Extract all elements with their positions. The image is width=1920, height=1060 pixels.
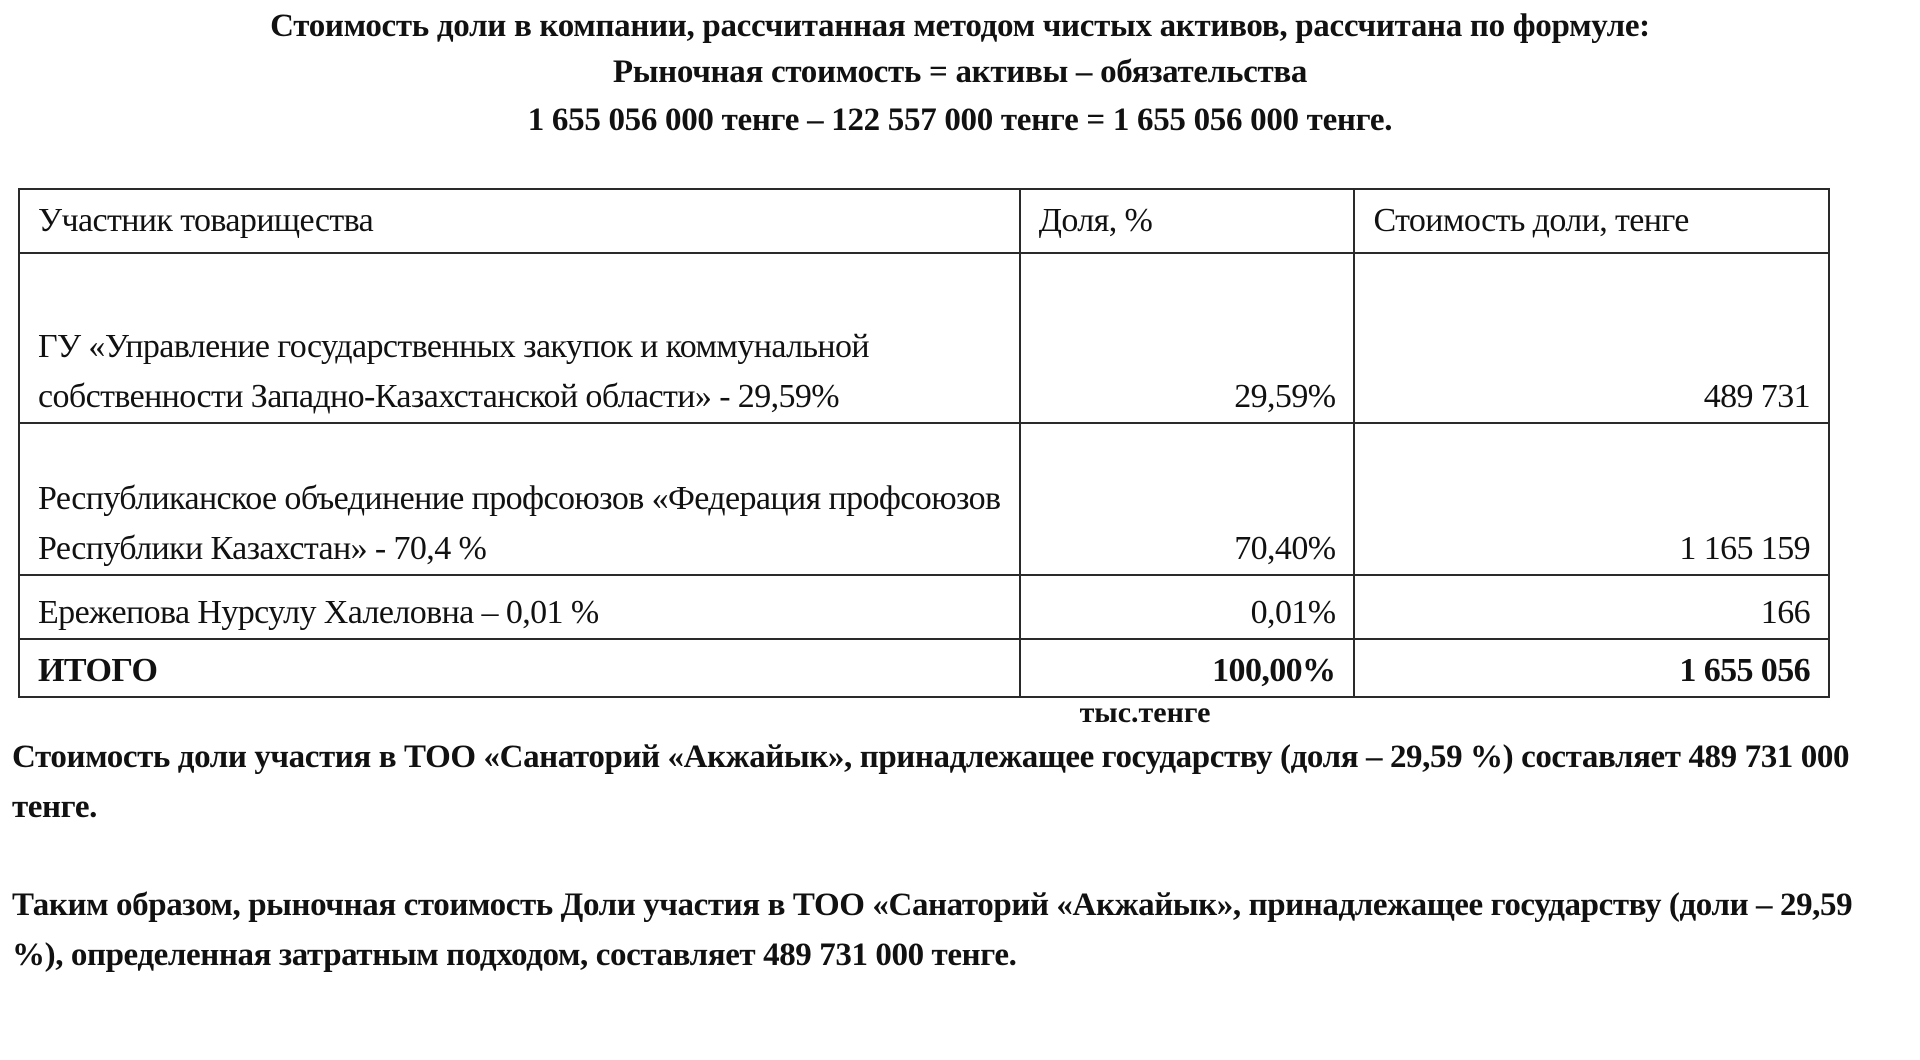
paragraph-state-share-value: Стоимость доли участия в ТОО «Санаторий … <box>12 732 1902 832</box>
table-header-row: Участник товарищества Доля, % Стоимость … <box>19 189 1829 253</box>
table-row: Ережепова Нурсулу Халеловна – 0,01 % 0,0… <box>19 575 1829 639</box>
table-row: ГУ «Управление государственных закупок и… <box>19 253 1829 423</box>
heading-calculation: 1 655 056 000 тенге – 122 557 000 тенге … <box>0 100 1920 140</box>
share-value: 489 731 <box>1354 253 1829 423</box>
header-participant: Участник товарищества <box>19 189 1020 253</box>
paragraph-conclusion: Таким образом, рыночная стоимость Доли у… <box>12 880 1902 980</box>
share-pct: 0,01% <box>1020 575 1355 639</box>
table-unit-note: тыс.тенге <box>1040 696 1250 730</box>
share-value-table: Участник товарищества Доля, % Стоимость … <box>18 188 1830 698</box>
share-value: 166 <box>1354 575 1829 639</box>
table-total-row: ИТОГО 100,00% 1 655 056 <box>19 639 1829 697</box>
header-share-pct: Доля, % <box>1020 189 1355 253</box>
heading-formula-intro: Стоимость доли в компании, рассчитанная … <box>0 6 1920 46</box>
share-pct: 70,40% <box>1020 423 1355 575</box>
participant-name: Ережепова Нурсулу Халеловна – 0,01 % <box>19 575 1020 639</box>
participant-name: ГУ «Управление государственных закупок и… <box>19 253 1020 423</box>
share-pct: 29,59% <box>1020 253 1355 423</box>
share-value: 1 165 159 <box>1354 423 1829 575</box>
heading-formula: Рыночная стоимость = активы – обязательс… <box>0 52 1920 92</box>
total-share-pct: 100,00% <box>1020 639 1355 697</box>
total-share-value: 1 655 056 <box>1354 639 1829 697</box>
table-row: Республиканское объединение профсоюзов «… <box>19 423 1829 575</box>
participant-name: Республиканское объединение профсоюзов «… <box>19 423 1020 575</box>
total-label: ИТОГО <box>19 639 1020 697</box>
header-share-value: Стоимость доли, тенге <box>1354 189 1829 253</box>
